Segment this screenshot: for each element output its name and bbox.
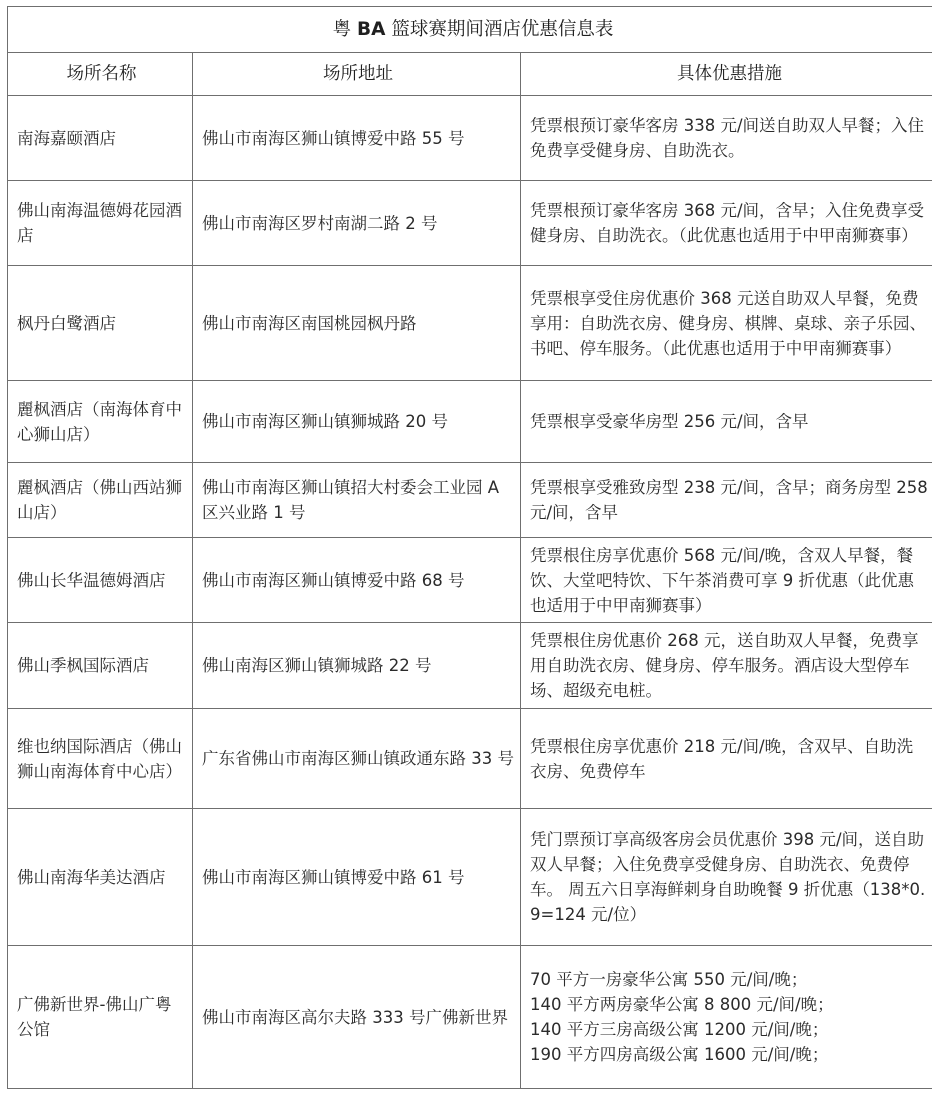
discount-details: 凭票根住房享优惠价 568 元/间/晚，含双人早餐，餐饮、大堂吧特饮、下午茶消费… bbox=[521, 538, 932, 623]
venue-name: 佛山季枫国际酒店 bbox=[8, 623, 193, 709]
venue-address: 广东省佛山市南海区狮山镇政通东路 33 号 bbox=[193, 709, 521, 809]
offer-line: 凭票根住房优惠价 268 元，送自助双人早餐，免费享用自助洗衣房、健身房、停车服… bbox=[530, 628, 929, 703]
table-row: 佛山南海华美达酒店 佛山市南海区狮山镇博爱中路 61 号 凭门票预订享高级客房会… bbox=[8, 809, 932, 946]
discount-details: 凭票根预订豪华客房 338 元/间送自助双人早餐；入住免费享受健身房、自助洗衣。 bbox=[521, 96, 932, 181]
offer-line: 凭票根享受住房优惠价 368 元送自助双人早餐，免费享用：自助洗衣房、健身房、棋… bbox=[530, 286, 929, 361]
venue-name: 维也纳国际酒店（佛山狮山南海体育中心店） bbox=[8, 709, 193, 809]
table-row: 维也纳国际酒店（佛山狮山南海体育中心店） 广东省佛山市南海区狮山镇政通东路 33… bbox=[8, 709, 932, 809]
table-row: 广佛新世界-佛山广粤公馆 佛山市南海区高尔夫路 333 号广佛新世界 70 平方… bbox=[8, 946, 932, 1089]
offer-line: 凭票根享受豪华房型 256 元/间，含早 bbox=[530, 409, 929, 434]
table-title-row: 粤 BA 篮球赛期间酒店优惠信息表 bbox=[8, 7, 932, 53]
discount-details: 凭票根享受住房优惠价 368 元送自助双人早餐，免费享用：自助洗衣房、健身房、棋… bbox=[521, 266, 932, 381]
table-header-row: 场所名称 场所地址 具体优惠措施 bbox=[8, 53, 932, 96]
venue-name: 麗枫酒店（南海体育中心狮山店） bbox=[8, 381, 193, 463]
venue-name: 枫丹白鹭酒店 bbox=[8, 266, 193, 381]
discount-details: 凭票根享受豪华房型 256 元/间，含早 bbox=[521, 381, 932, 463]
offer-line: 190 平方四房高级公寓 1600 元/间/晚； bbox=[530, 1042, 929, 1067]
table-row: 麗枫酒店（南海体育中心狮山店） 佛山市南海区狮山镇狮城路 20 号 凭票根享受豪… bbox=[8, 381, 932, 463]
table-row: 枫丹白鹭酒店 佛山市南海区南国桃园枫丹路 凭票根享受住房优惠价 368 元送自助… bbox=[8, 266, 932, 381]
table-row: 佛山长华温德姆酒店 佛山市南海区狮山镇博爱中路 68 号 凭票根住房享优惠价 5… bbox=[8, 538, 932, 623]
table-row: 南海嘉颐酒店 佛山市南海区狮山镇博爱中路 55 号 凭票根预订豪华客房 338 … bbox=[8, 96, 932, 181]
table-title: 粤 BA 篮球赛期间酒店优惠信息表 bbox=[8, 7, 932, 53]
discount-details: 凭票根住房享优惠价 218 元/间/晚，含双早、自助洗衣房、免费停车 bbox=[521, 709, 932, 809]
header-venue-address: 场所地址 bbox=[193, 53, 521, 96]
offer-line: 凭票根住房享优惠价 568 元/间/晚，含双人早餐，餐饮、大堂吧特饮、下午茶消费… bbox=[530, 543, 929, 618]
venue-address: 佛山市南海区狮山镇狮城路 20 号 bbox=[193, 381, 521, 463]
offer-line: 凭票根住房享优惠价 218 元/间/晚，含双早、自助洗衣房、免费停车 bbox=[530, 734, 929, 784]
venue-name: 麗枫酒店（佛山西站狮山店） bbox=[8, 463, 193, 538]
venue-address: 佛山市南海区高尔夫路 333 号广佛新世界 bbox=[193, 946, 521, 1089]
discount-details: 凭门票预订享高级客房会员优惠价 398 元/间，送自助双人早餐；入住免费享受健身… bbox=[521, 809, 932, 946]
venue-name: 广佛新世界-佛山广粤公馆 bbox=[8, 946, 193, 1089]
discount-details: 凭票根享受雅致房型 238 元/间，含早；商务房型 258 元/间，含早 bbox=[521, 463, 932, 538]
table-row: 佛山季枫国际酒店 佛山南海区狮山镇狮城路 22 号 凭票根住房优惠价 268 元… bbox=[8, 623, 932, 709]
title-suffix: 篮球赛期间酒店优惠信息表 bbox=[385, 19, 613, 40]
venue-name: 佛山南海华美达酒店 bbox=[8, 809, 193, 946]
title-bold-text: BA bbox=[357, 19, 385, 40]
venue-name: 佛山长华温德姆酒店 bbox=[8, 538, 193, 623]
offer-line: 140 平方三房高级公寓 1200 元/间/晚； bbox=[530, 1017, 929, 1042]
discount-details: 凭票根预订豪华客房 368 元/间，含早；入住免费享受健身房、自助洗衣。（此优惠… bbox=[521, 181, 932, 266]
table-row: 麗枫酒店（佛山西站狮山店） 佛山市南海区狮山镇招大村委会工业园 A 区兴业路 1… bbox=[8, 463, 932, 538]
header-venue-name: 场所名称 bbox=[8, 53, 193, 96]
table-row: 佛山南海温德姆花园酒店 佛山市南海区罗村南湖二路 2 号 凭票根预订豪华客房 3… bbox=[8, 181, 932, 266]
offer-line: 凭门票预订享高级客房会员优惠价 398 元/间，送自助双人早餐；入住免费享受健身… bbox=[530, 827, 929, 927]
venue-name: 佛山南海温德姆花园酒店 bbox=[8, 181, 193, 266]
discount-details: 70 平方一房豪华公寓 550 元/间/晚； 140 平方两房豪华公寓 8 80… bbox=[521, 946, 932, 1089]
offer-line: 凭票根享受雅致房型 238 元/间，含早；商务房型 258 元/间，含早 bbox=[530, 475, 929, 525]
venue-address: 佛山市南海区狮山镇博爱中路 68 号 bbox=[193, 538, 521, 623]
title-prefix: 粤 bbox=[333, 19, 357, 40]
hotel-discount-table: 粤 BA 篮球赛期间酒店优惠信息表 场所名称 场所地址 具体优惠措施 南海嘉颐酒… bbox=[7, 6, 932, 1089]
venue-address: 佛山市南海区狮山镇博爱中路 61 号 bbox=[193, 809, 521, 946]
venue-address: 佛山市南海区南国桃园枫丹路 bbox=[193, 266, 521, 381]
discount-details: 凭票根住房优惠价 268 元，送自助双人早餐，免费享用自助洗衣房、健身房、停车服… bbox=[521, 623, 932, 709]
venue-name: 南海嘉颐酒店 bbox=[8, 96, 193, 181]
offer-line: 140 平方两房豪华公寓 8 800 元/间/晚； bbox=[530, 992, 929, 1017]
header-discount-details: 具体优惠措施 bbox=[521, 53, 932, 96]
offer-line: 凭票根预订豪华客房 368 元/间，含早；入住免费享受健身房、自助洗衣。（此优惠… bbox=[530, 198, 929, 248]
venue-address: 佛山市南海区罗村南湖二路 2 号 bbox=[193, 181, 521, 266]
venue-address: 佛山南海区狮山镇狮城路 22 号 bbox=[193, 623, 521, 709]
offer-line: 70 平方一房豪华公寓 550 元/间/晚； bbox=[530, 967, 929, 992]
venue-address: 佛山市南海区狮山镇博爱中路 55 号 bbox=[193, 96, 521, 181]
venue-address: 佛山市南海区狮山镇招大村委会工业园 A 区兴业路 1 号 bbox=[193, 463, 521, 538]
offer-line: 凭票根预订豪华客房 338 元/间送自助双人早餐；入住免费享受健身房、自助洗衣。 bbox=[530, 113, 929, 163]
